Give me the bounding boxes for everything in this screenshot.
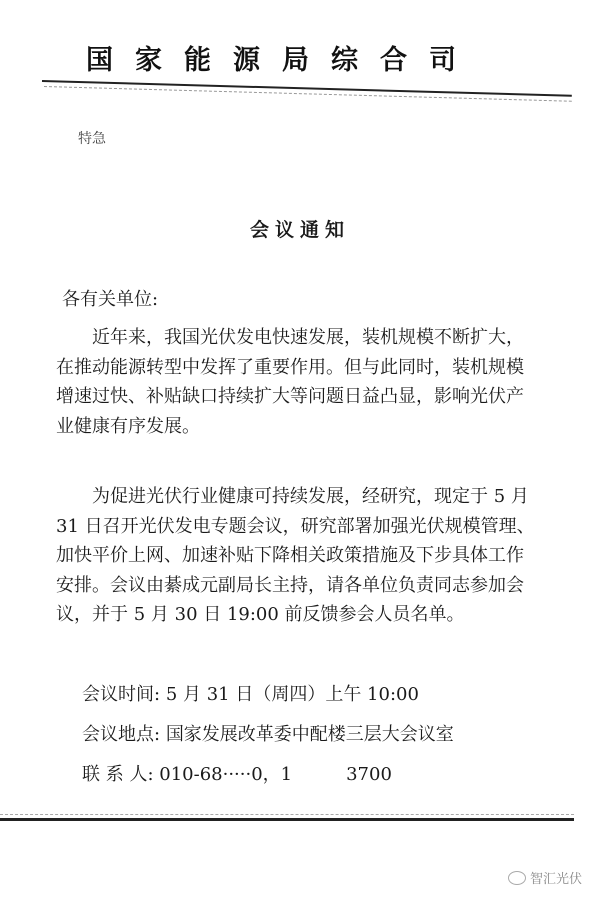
paragraph-line: 安排。会议由綦成元副局长主持，请各单位负责同志参加会 [56,571,556,601]
meeting-time-value: 5 月 31 日（周四）上午 10:00 [166,684,419,705]
meeting-contact-value: 010-68·····0，1 3700 [159,764,392,785]
paragraph-line: 近年来，我国光伏发电快速发展，装机规模不断扩大， [56,323,556,353]
paragraph-line: 31 日召开光伏发电专题会议，研究部署加强光伏规模管理、 [56,512,556,542]
paragraph-line: 为促进光伏行业健康可持续发展，经研究，现定于 5 月 [56,482,556,512]
footer-divider [0,818,574,821]
salutation: 各有关单位: [62,285,158,311]
watermark-text: 智汇光伏 [530,868,582,887]
watermark: 智汇光伏 [508,868,582,887]
meeting-place-value: 国家发展改革委中配楼三层大会议室 [166,724,454,745]
meeting-time-label: 会议时间: [82,684,160,705]
header-org-name: 国家能源局综合司 [86,38,526,77]
paragraph-line: 议，并于 5 月 30 日 19:00 前反馈参会人员名单。 [56,600,556,630]
paragraph-line: 业健康有序发展。 [56,412,556,442]
meeting-contact: 联 系 人: 010-68·····0，1 3700 [82,760,392,786]
paragraph-2: 为促进光伏行业健康可持续发展，经研究，现定于 5 月 31 日召开光伏发电专题会… [56,482,556,630]
paragraph-line: 在推动能源转型中发挥了重要作用。但与此同时，装机规模 [56,353,556,383]
wechat-icon [508,871,526,885]
document-title: 会议通知 [0,215,600,242]
meeting-time: 会议时间: 5 月 31 日（周四）上午 10:00 [82,680,419,706]
paragraph-line: 加快平价上网、加速补贴下降相关政策措施及下步具体工作 [56,541,556,571]
meeting-place-label: 会议地点: [82,724,160,745]
paragraph-1: 近年来，我国光伏发电快速发展，装机规模不断扩大， 在推动能源转型中发挥了重要作用… [56,323,556,441]
meeting-contact-label: 联 系 人: [82,764,154,785]
paragraph-line: 增速过快、补贴缺口持续扩大等问题日益凸显，影响光伏产 [56,382,556,412]
urgency-label: 特急 [78,128,106,148]
footer-divider-secondary [0,814,574,815]
meeting-place: 会议地点: 国家发展改革委中配楼三层大会议室 [82,720,454,746]
